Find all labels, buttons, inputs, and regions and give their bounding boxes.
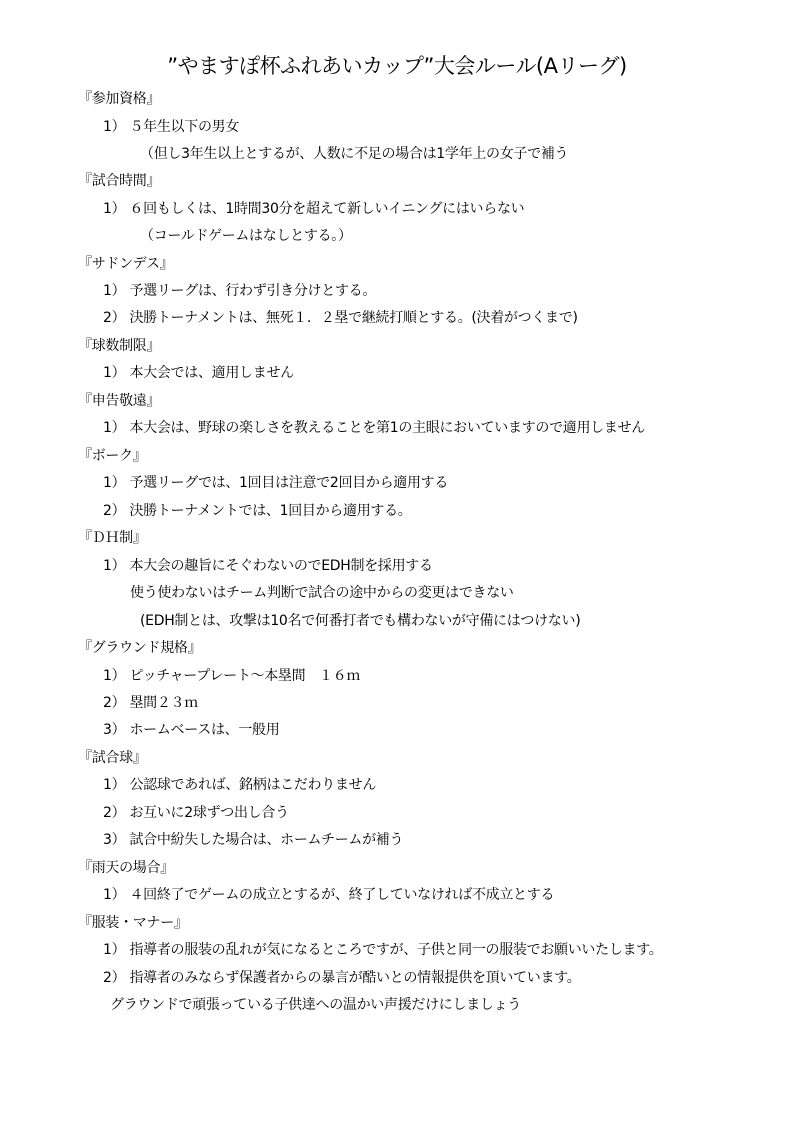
rule-note: （コールドゲームはなしとする。） [140,227,352,245]
rule-line: 3） 試合中紛失した場合は、ホームチームが補う [103,831,403,849]
section-header: 『球数制限』 [78,337,160,355]
section-header: 『グラウンド規格』 [78,639,201,657]
rule-line: 3） ホームベースは、一般用 [103,721,279,739]
rule-line: 1） 予選リーグは、行わず引き分けとする。 [103,282,376,300]
rule-line: 2） 指導者のみならず保護者からの暴言が酷いとの情報提供を頂いています。 [103,969,580,987]
section-header: 『雨天の場合』 [78,859,174,877]
rule-line: 2） お互いに2球ずつ出し合う [103,804,289,822]
rule-line: 2） 塁間２３ｍ [103,694,198,712]
rule-line: 1） 本大会の趣旨にそぐわないのでEDH制を採用する [103,557,433,575]
rule-line: 1） ５年生以下の男女 [103,118,239,136]
rule-line: 2） 決勝トーナメントでは、1回目から適用する。 [103,502,412,520]
rule-line: 1） 本大会は、野球の楽しさを教えることを第1の主眼においていますので適用しませ… [103,419,645,437]
rule-line: 2） 決勝トーナメントは、無死１．２塁で継続打順とする。(決着がつくまで) [103,309,578,327]
section-header: 『サドンデス』 [78,255,173,273]
rule-line: 1） ４回終了でゲームの成立とするが、終了していなければ不成立とする [103,886,554,904]
section-header: 『ボーク』 [78,447,147,465]
rule-line: 1） ピッチャープレート～本塁間 １６ｍ [103,667,360,685]
section-header: 『服装・マナー』 [78,914,188,932]
rule-line: 1） 予選リーグでは、1回目は注意で2回目から適用する [103,474,448,492]
section-header: 『参加資格』 [78,90,160,108]
rule-note: （但し3年生以上とするが、人数に不足の場合は1学年上の女子で補う [140,145,568,163]
rule-note: グラウンドで頑張っている子供達への温かい声援だけにしましょう [110,996,521,1014]
page-title: ”やますぽ杯ふれあいカップ”大会ルール(Aリーグ) [0,50,794,80]
rule-line: 1） 指導者の服装の乱れが気になるところですが、子供と同一の服装でお願いいたしま… [103,941,663,959]
rule-line: 1） 本大会では、適用しません [103,364,294,382]
section-header: 『試合時間』 [78,172,160,190]
section-header: 『ＤＨ制』 [78,529,147,547]
section-header: 『試合球』 [78,749,147,767]
rule-line: 1） 公認球であれば、銘柄はこだわりません [103,776,376,794]
section-header: 『申告敬遠』 [78,392,160,410]
rule-note: (EDH制とは、攻撃は10名で何番打者でも構わないが守備にはつけない) [140,612,580,630]
rule-note: 使う使わないはチーム判断で試合の途中からの変更はできない [130,584,514,602]
rule-line: 1） ６回もしくは、1時間30分を超えて新しいイニングにはいらない [103,200,524,218]
